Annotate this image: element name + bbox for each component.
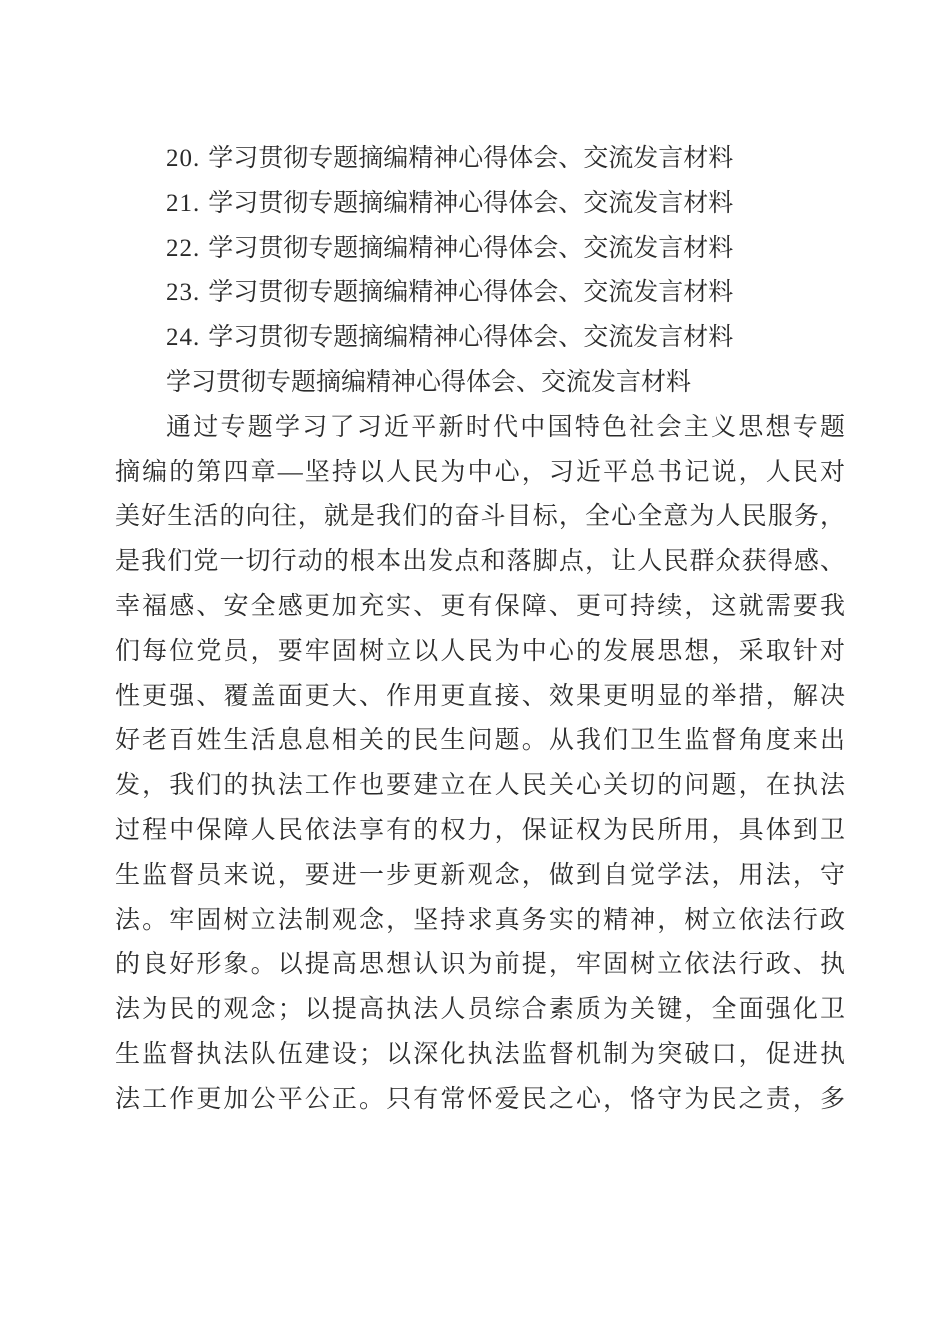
list-item-number: 21.	[166, 182, 200, 227]
paragraph-line: 法。牢固树立法制观念，坚持求真务实的精神，树立依法行政	[115, 899, 845, 944]
list-item: 23.学习贯彻专题摘编精神心得体会、交流发言材料	[115, 271, 845, 316]
paragraph-line: 生监督执法队伍建设；以深化执法监督机制为突破口，促进执	[115, 1033, 845, 1078]
list-item-text: 学习贯彻专题摘编精神心得体会、交流发言材料	[208, 324, 733, 351]
paragraph: 通过专题学习了习近平新时代中国特色社会主义思想专题摘编的第四章—坚持以人民为中心…	[115, 406, 845, 1123]
list-item-text: 学习贯彻专题摘编精神心得体会、交流发言材料	[208, 145, 733, 172]
list-item-text: 学习贯彻专题摘编精神心得体会、交流发言材料	[208, 279, 733, 306]
list-item-text: 学习贯彻专题摘编精神心得体会、交流发言材料	[208, 235, 733, 262]
paragraph-line: 的良好形象。以提高思想认识为前提，牢固树立依法行政、执	[115, 943, 845, 988]
paragraph-line: 法为民的观念；以提高执法人员综合素质为关键，全面强化卫	[115, 988, 845, 1033]
paragraph-line: 性更强、覆盖面更大、作用更直接、效果更明显的举措，解决	[115, 675, 845, 720]
document-page: 20.学习贯彻专题摘编精神心得体会、交流发言材料21.学习贯彻专题摘编精神心得体…	[0, 0, 950, 1344]
list-item-number: 22.	[166, 227, 200, 272]
list-item: 21.学习贯彻专题摘编精神心得体会、交流发言材料	[115, 182, 845, 227]
section-title: 学习贯彻专题摘编精神心得体会、交流发言材料	[115, 361, 845, 406]
paragraph-line: 法工作更加公平公正。只有常怀爱民之心，恪守为民之责，多	[115, 1078, 845, 1123]
paragraph-line: 们每位党员，要牢固树立以人民为中心的发展思想，采取针对	[115, 630, 845, 675]
list-item-number: 24.	[166, 316, 200, 361]
paragraph-line: 发，我们的执法工作也要建立在人民关心关切的问题，在执法	[115, 764, 845, 809]
list-item: 24.学习贯彻专题摘编精神心得体会、交流发言材料	[115, 316, 845, 361]
list-item-text: 学习贯彻专题摘编精神心得体会、交流发言材料	[208, 190, 733, 217]
list-item: 22.学习贯彻专题摘编精神心得体会、交流发言材料	[115, 227, 845, 272]
paragraph-line: 美好生活的向往，就是我们的奋斗目标，全心全意为人民服务，	[115, 495, 845, 540]
document-content: 20.学习贯彻专题摘编精神心得体会、交流发言材料21.学习贯彻专题摘编精神心得体…	[115, 137, 845, 1123]
paragraph-line: 过程中保障人民依法享有的权力，保证权为民所用，具体到卫	[115, 809, 845, 854]
paragraph-line: 好老百姓生活息息相关的民生问题。从我们卫生监督角度来出	[115, 719, 845, 764]
paragraph-line: 幸福感、安全感更加充实、更有保障、更可持续，这就需要我	[115, 585, 845, 630]
paragraph-line: 通过专题学习了习近平新时代中国特色社会主义思想专题	[115, 406, 845, 451]
list-item-number: 23.	[166, 271, 200, 316]
paragraph-line: 摘编的第四章—坚持以人民为中心，习近平总书记说，人民对	[115, 451, 845, 496]
list-item-number: 20.	[166, 137, 200, 182]
numbered-list: 20.学习贯彻专题摘编精神心得体会、交流发言材料21.学习贯彻专题摘编精神心得体…	[115, 137, 845, 361]
paragraph-line: 是我们党一切行动的根本出发点和落脚点，让人民群众获得感、	[115, 540, 845, 585]
list-item: 20.学习贯彻专题摘编精神心得体会、交流发言材料	[115, 137, 845, 182]
paragraph-line: 生监督员来说，要进一步更新观念，做到自觉学法，用法，守	[115, 854, 845, 899]
